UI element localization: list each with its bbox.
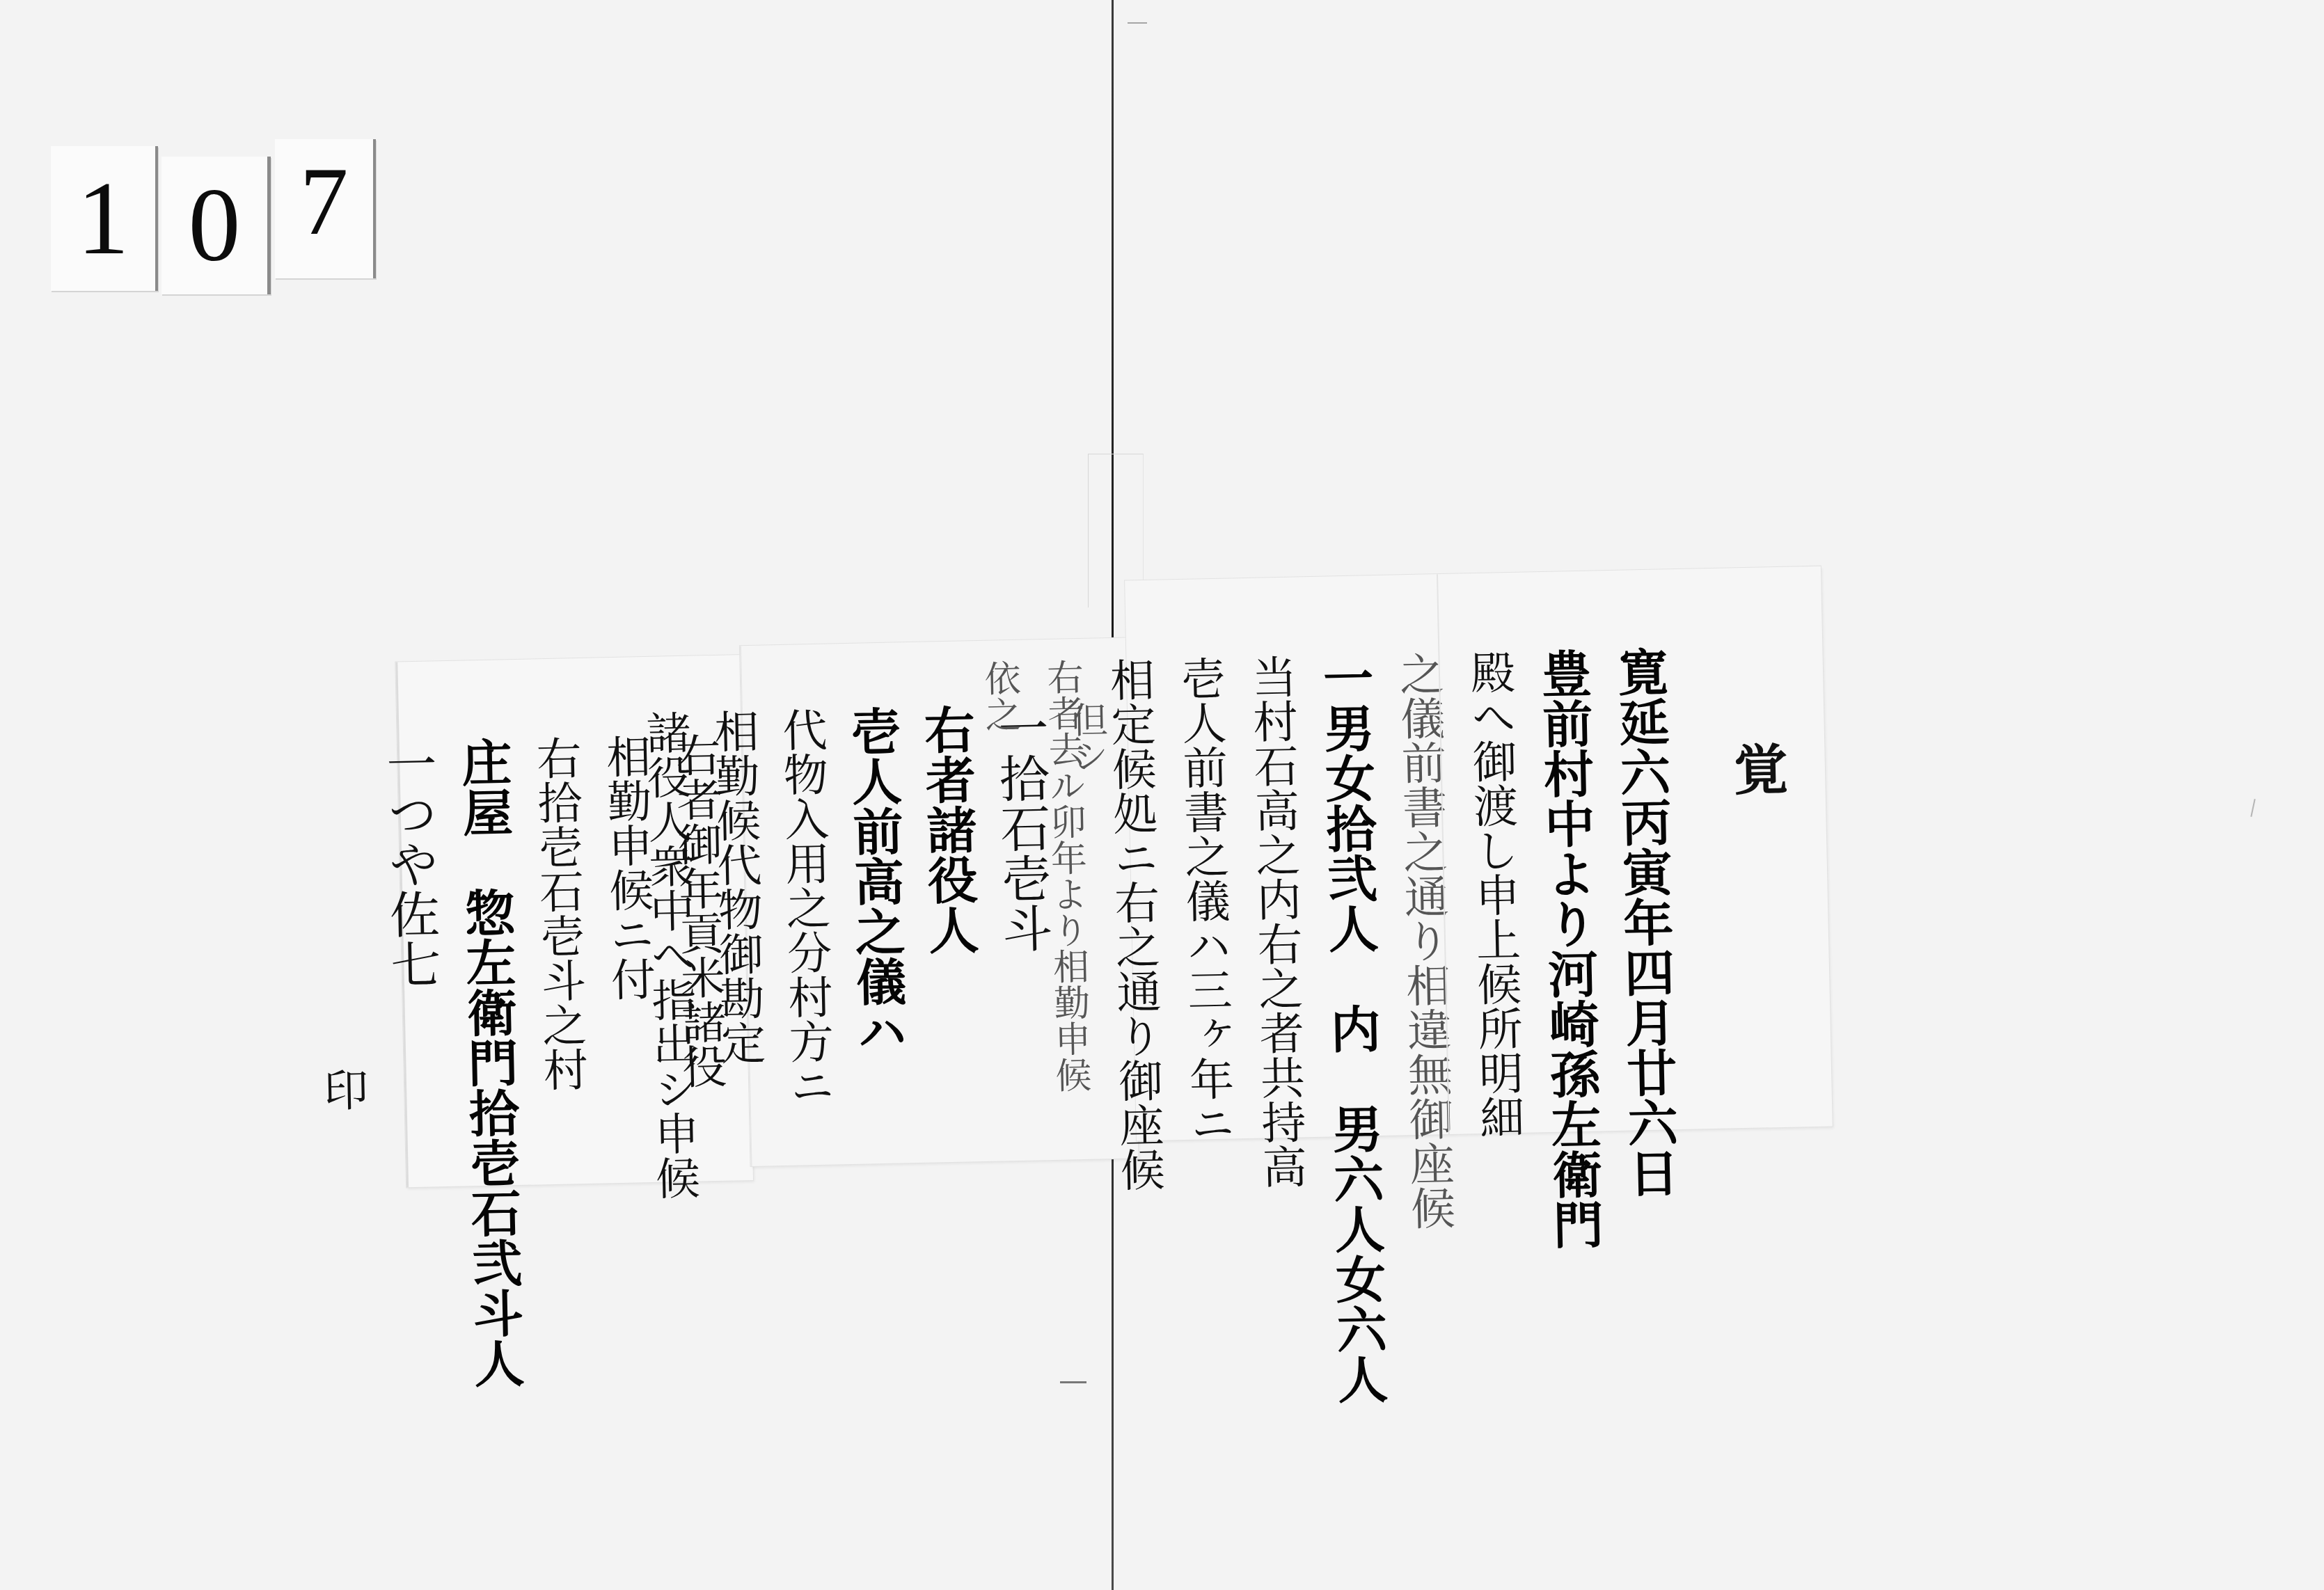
text-column: 豊前村中より河崎孫左衛門 [1537, 648, 1597, 1132]
text-column: 庄屋 惣左衛門拾壱石弐斗人 [457, 736, 516, 1186]
text-columns: 右者御年貢米諸役 相勤申候ニ付 右拾壱石壱斗之村 庄屋 惣左衛門拾壱石弐斗人 一… [397, 655, 753, 1187]
text-column: 殿へ御渡し申上候所明細 [1466, 649, 1521, 1134]
document-panel-right: 覚 寛延六丙寅年四月廿六日 豊前村中より河崎孫左衛門 殿へ御渡し申上候所明細 之… [1125, 566, 1833, 1141]
text-column: 一男女拾弐人 内 男六人女六人 [1318, 652, 1379, 1136]
text-column: 右者去ル卯年より相勤申候 [1043, 658, 1089, 1143]
text-columns: 覚 寛延六丙寅年四月廿六日 豊前村中より河崎孫左衛門 殿へ御渡し申上候所明細 之… [1125, 566, 1833, 1141]
page-number-tile: 1 [51, 146, 158, 291]
page-number-tile: 7 [275, 139, 376, 278]
text-column: 寛延六丙寅年四月廿六日 [1613, 646, 1674, 1130]
text-column: 一つや佐七 [382, 738, 441, 1187]
scan-mark [1128, 22, 1147, 24]
text-column: 壱人前書之儀ハ三ヶ年ニ [1176, 655, 1231, 1140]
text-column: 右拾壱石壱斗之村 [532, 735, 586, 1184]
text-column: 当村石高之内右之者共持高 [1247, 654, 1302, 1138]
seal-mark: 印 [319, 1067, 366, 1189]
text-column: 之儀前書之通り相違無御座候 [1395, 651, 1450, 1135]
page-number-tile: 0 [161, 157, 271, 294]
document-panel-left: 右者御年貢米諸役 相勤申候ニ付 右拾壱石壱斗之村 庄屋 惣左衛門拾壱石弐斗人 一… [395, 655, 753, 1187]
scan-mark [1060, 1381, 1086, 1383]
page-number-digit: 1 [77, 166, 129, 271]
text-column: 相勤候代物御勘定 [710, 708, 764, 1167]
text-column: 代物入用之分村方ニ [778, 707, 832, 1166]
text-column: 壱人前高之儀ハ [846, 705, 906, 1163]
document-heading: 覚 [1728, 741, 1791, 1129]
text-column: 諸役人衆中へ指出シ申候 [642, 710, 696, 1168]
handwritten-document: 右者御年貢米諸役 相勤申候ニ付 右拾壱石壱斗之村 庄屋 惣左衛門拾壱石弐斗人 一… [394, 566, 1833, 1188]
scan-mark [2250, 799, 2255, 817]
page-number-digit: 7 [300, 153, 349, 251]
page-number-digit: 0 [189, 173, 241, 278]
text-column: 相定候処ニ右之通り御座候 [1105, 657, 1160, 1141]
text-column: 右者諸役人 [920, 703, 980, 1162]
